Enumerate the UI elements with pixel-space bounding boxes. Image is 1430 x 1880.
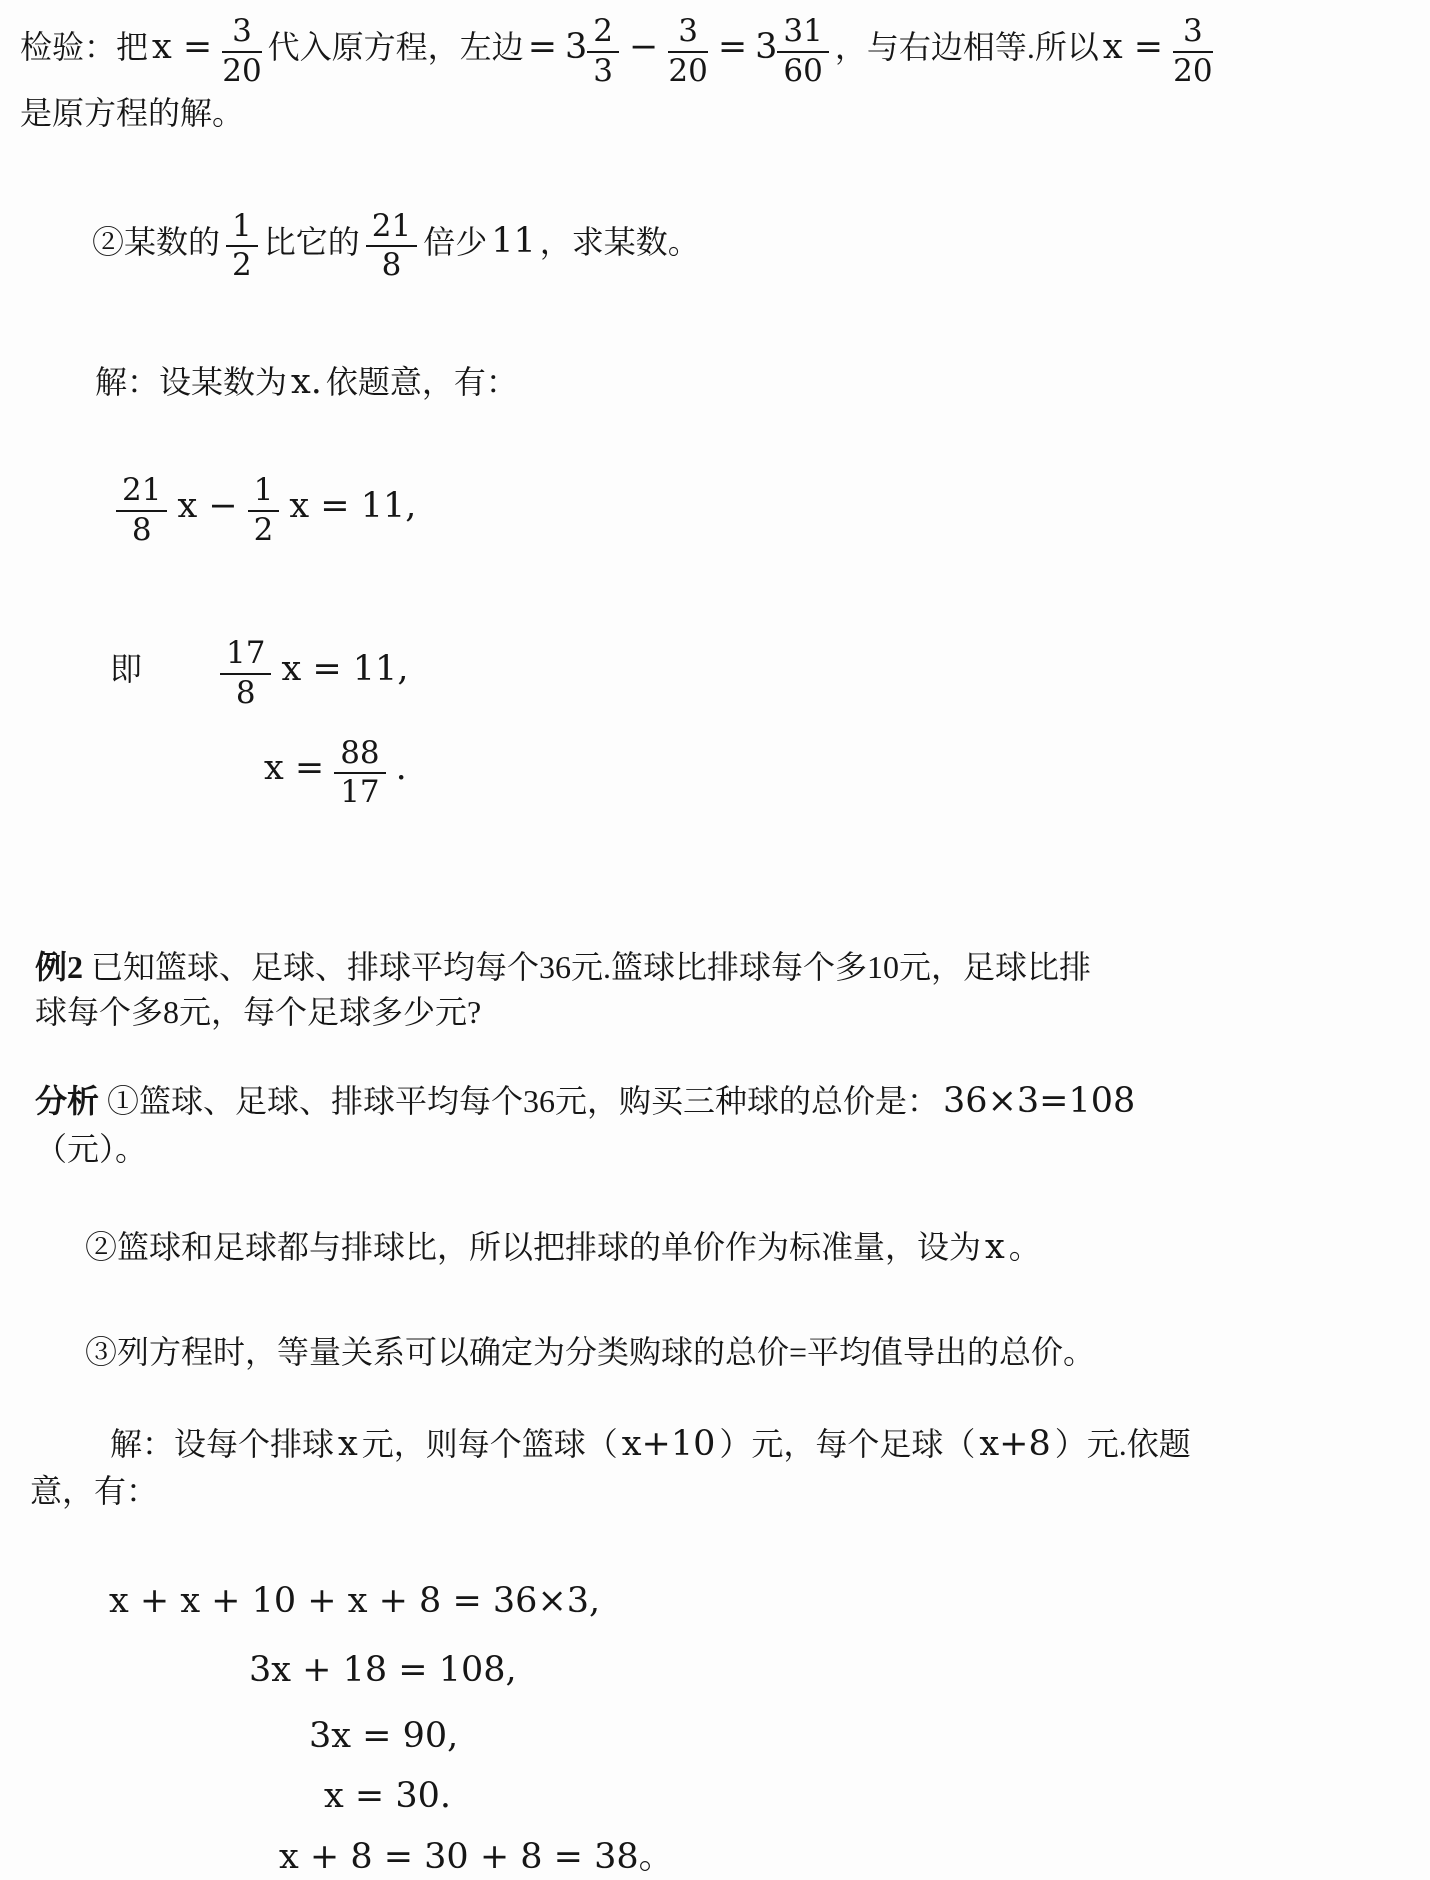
paragraph-verification: 检验：把x =320代入原方程，左边=323−320=33160，与右边相等.所… (20, 10, 1400, 137)
fraction-numerator: 21 (366, 209, 417, 248)
text-run: （元）。 (35, 1131, 147, 1167)
text-run: 倍少 (423, 223, 487, 259)
text-run: 已知篮球、足球、排球平均每个36元.篮球比排球每个多10元，足球比排 (83, 949, 1091, 985)
text-run: ①篮球、足球、排球平均每个36元，购买三种球的总价是： (99, 1083, 939, 1119)
paragraph-example-2: 例2 已知篮球、足球、排球平均每个36元.篮球比排球每个多10元，足球比排球每个… (35, 945, 1400, 1036)
paragraph-solution-setup: 解：设每个排球x元，则每个篮球（x+10）元，每个足球（x+8）元.依题意，有： (30, 1420, 1400, 1515)
text-run: 解：设某数为 (95, 364, 287, 400)
math-lesson-page: 检验：把x =320代入原方程，左边=323−320=33160，与右边相等.所… (0, 0, 1430, 1880)
math-run: x+10 (618, 1424, 720, 1464)
text-run: ，求某数。 (540, 223, 700, 259)
text-run: ②某数的 (92, 223, 220, 259)
paragraph-analysis-2: ②篮球和足球都与排球比，所以把排球的单价作为标准量，设为x。 (85, 1223, 1400, 1273)
fraction-numerator: 1 (226, 209, 258, 248)
text-run: 比它的 (264, 223, 360, 259)
mixed-number-whole: 3 (561, 27, 587, 67)
math-run: x = (148, 27, 216, 67)
equation-17-8x: 即178x = 11, (110, 632, 1400, 713)
text-run: ）元.依题 (1055, 1426, 1191, 1462)
fraction-numerator: 3 (222, 14, 261, 53)
math-run: 11 (487, 221, 540, 261)
fraction: 12 (226, 209, 258, 282)
equation-x-equals-30: x = 30. (320, 1774, 1400, 1820)
fraction-numerator: 31 (777, 14, 828, 53)
math-run: x (981, 1227, 1009, 1267)
fraction-numerator: 3 (668, 14, 707, 53)
equation-21-8x-minus-half-x: 218x −12x = 11, (110, 469, 1400, 550)
fraction-denominator: 8 (116, 512, 167, 547)
equation-x-plus-8-equals-38: x + 8 = 30 + 8 = 38。 (275, 1835, 1400, 1880)
paragraph-solution-intro: 解：设某数为x.依题意，有： (95, 358, 1400, 408)
text-run: ）元，每个足球（ (719, 1426, 975, 1462)
fraction-numerator: 3 (1173, 14, 1212, 53)
bold-label: 例2 (35, 949, 83, 985)
math-run: x − (173, 486, 241, 526)
fraction: 320 (668, 14, 707, 87)
math-run: = (524, 27, 561, 67)
math-run: x = (1099, 27, 1167, 67)
text-run: ③列方程时，等量关系可以确定为分类购球的总价=平均值导出的总价。 (85, 1334, 1095, 1370)
paragraph-analysis-1: 分析 ①篮球、足球、排球平均每个36元，购买三种球的总价是：36×3=108（元… (35, 1077, 1400, 1172)
fraction-denominator: 20 (222, 53, 261, 88)
equation-sum-of-balls: x + x + 10 + x + 8 = 36×3, (105, 1579, 1400, 1625)
equation-3x-equals-90: 3x = 90, (305, 1714, 1400, 1760)
fraction-denominator: 8 (366, 247, 417, 282)
fraction-denominator: 8 (220, 675, 271, 710)
text-run: 意，有： (30, 1473, 158, 1509)
fraction: 3160 (777, 14, 828, 87)
fraction: 320 (1173, 14, 1212, 87)
paragraph-analysis-3: ③列方程时，等量关系可以确定为分类购球的总价=平均值导出的总价。 (85, 1330, 1400, 1375)
paragraph-problem-2: ②某数的12比它的218倍少11，求某数。 (92, 205, 1400, 286)
math-run: x+8 (975, 1424, 1054, 1464)
math-run: x = 11, (277, 649, 412, 689)
math-run: x = 30. (320, 1776, 455, 1816)
math-run: x = (260, 748, 328, 788)
fraction-numerator: 1 (248, 473, 280, 512)
text-run: 解：设每个排球 (110, 1426, 334, 1462)
math-run: x. (287, 362, 326, 402)
fraction: 178 (220, 636, 271, 709)
fraction: 23 (587, 14, 619, 87)
fraction: 8817 (334, 736, 385, 809)
text-run: 依题意，有： (326, 364, 518, 400)
fraction: 12 (248, 473, 280, 546)
math-run: 3x + 18 = 108, (245, 1650, 521, 1690)
text-run: 检验：把 (20, 29, 148, 65)
text-run: 代入原方程，左边 (268, 29, 524, 65)
text-run: ，与右边相等.所以 (835, 29, 1099, 65)
math-run: = (714, 27, 751, 67)
text-run: 即 (110, 651, 142, 687)
fraction-denominator: 2 (226, 247, 258, 282)
math-run: . (392, 748, 411, 788)
fraction-denominator: 17 (334, 774, 385, 809)
mixed-number-whole: 3 (751, 27, 777, 67)
fraction: 218 (366, 209, 417, 282)
fraction-denominator: 60 (777, 53, 828, 88)
fraction-denominator: 20 (668, 53, 707, 88)
fraction-denominator: 2 (248, 512, 280, 547)
fraction: 320 (222, 14, 261, 87)
math-run: 3x = 90, (305, 1716, 462, 1756)
fraction-numerator: 2 (587, 14, 619, 53)
fraction-denominator: 20 (1173, 53, 1212, 88)
text-run: 是原方程的解。 (20, 95, 244, 131)
math-run: x = 11, (285, 486, 420, 526)
fraction-denominator: 3 (587, 53, 619, 88)
fraction-numerator: 17 (220, 636, 271, 675)
text-run: 元，则每个篮球（ (362, 1426, 618, 1462)
bold-label: 分析 (35, 1083, 99, 1119)
math-run: 36×3=108 (939, 1081, 1139, 1121)
equation-3x-plus-18: 3x + 18 = 108, (245, 1648, 1400, 1694)
math-run: x (334, 1424, 362, 1464)
math-run: x + x + 10 + x + 8 = 36×3, (105, 1581, 604, 1621)
text-run: 球每个多8元，每个足球多少元? (35, 994, 481, 1030)
fraction: 218 (116, 473, 167, 546)
equation-x-equals-88-17: x =8817. (260, 732, 1400, 813)
fraction-numerator: 21 (116, 473, 167, 512)
math-run: x + 8 = 30 + 8 = 38。 (275, 1837, 678, 1877)
fraction-numerator: 88 (334, 736, 385, 775)
text-run: 。 (1009, 1229, 1041, 1265)
text-run: ②篮球和足球都与排球比，所以把排球的单价作为标准量，设为 (85, 1229, 981, 1265)
math-run: − (625, 27, 662, 67)
